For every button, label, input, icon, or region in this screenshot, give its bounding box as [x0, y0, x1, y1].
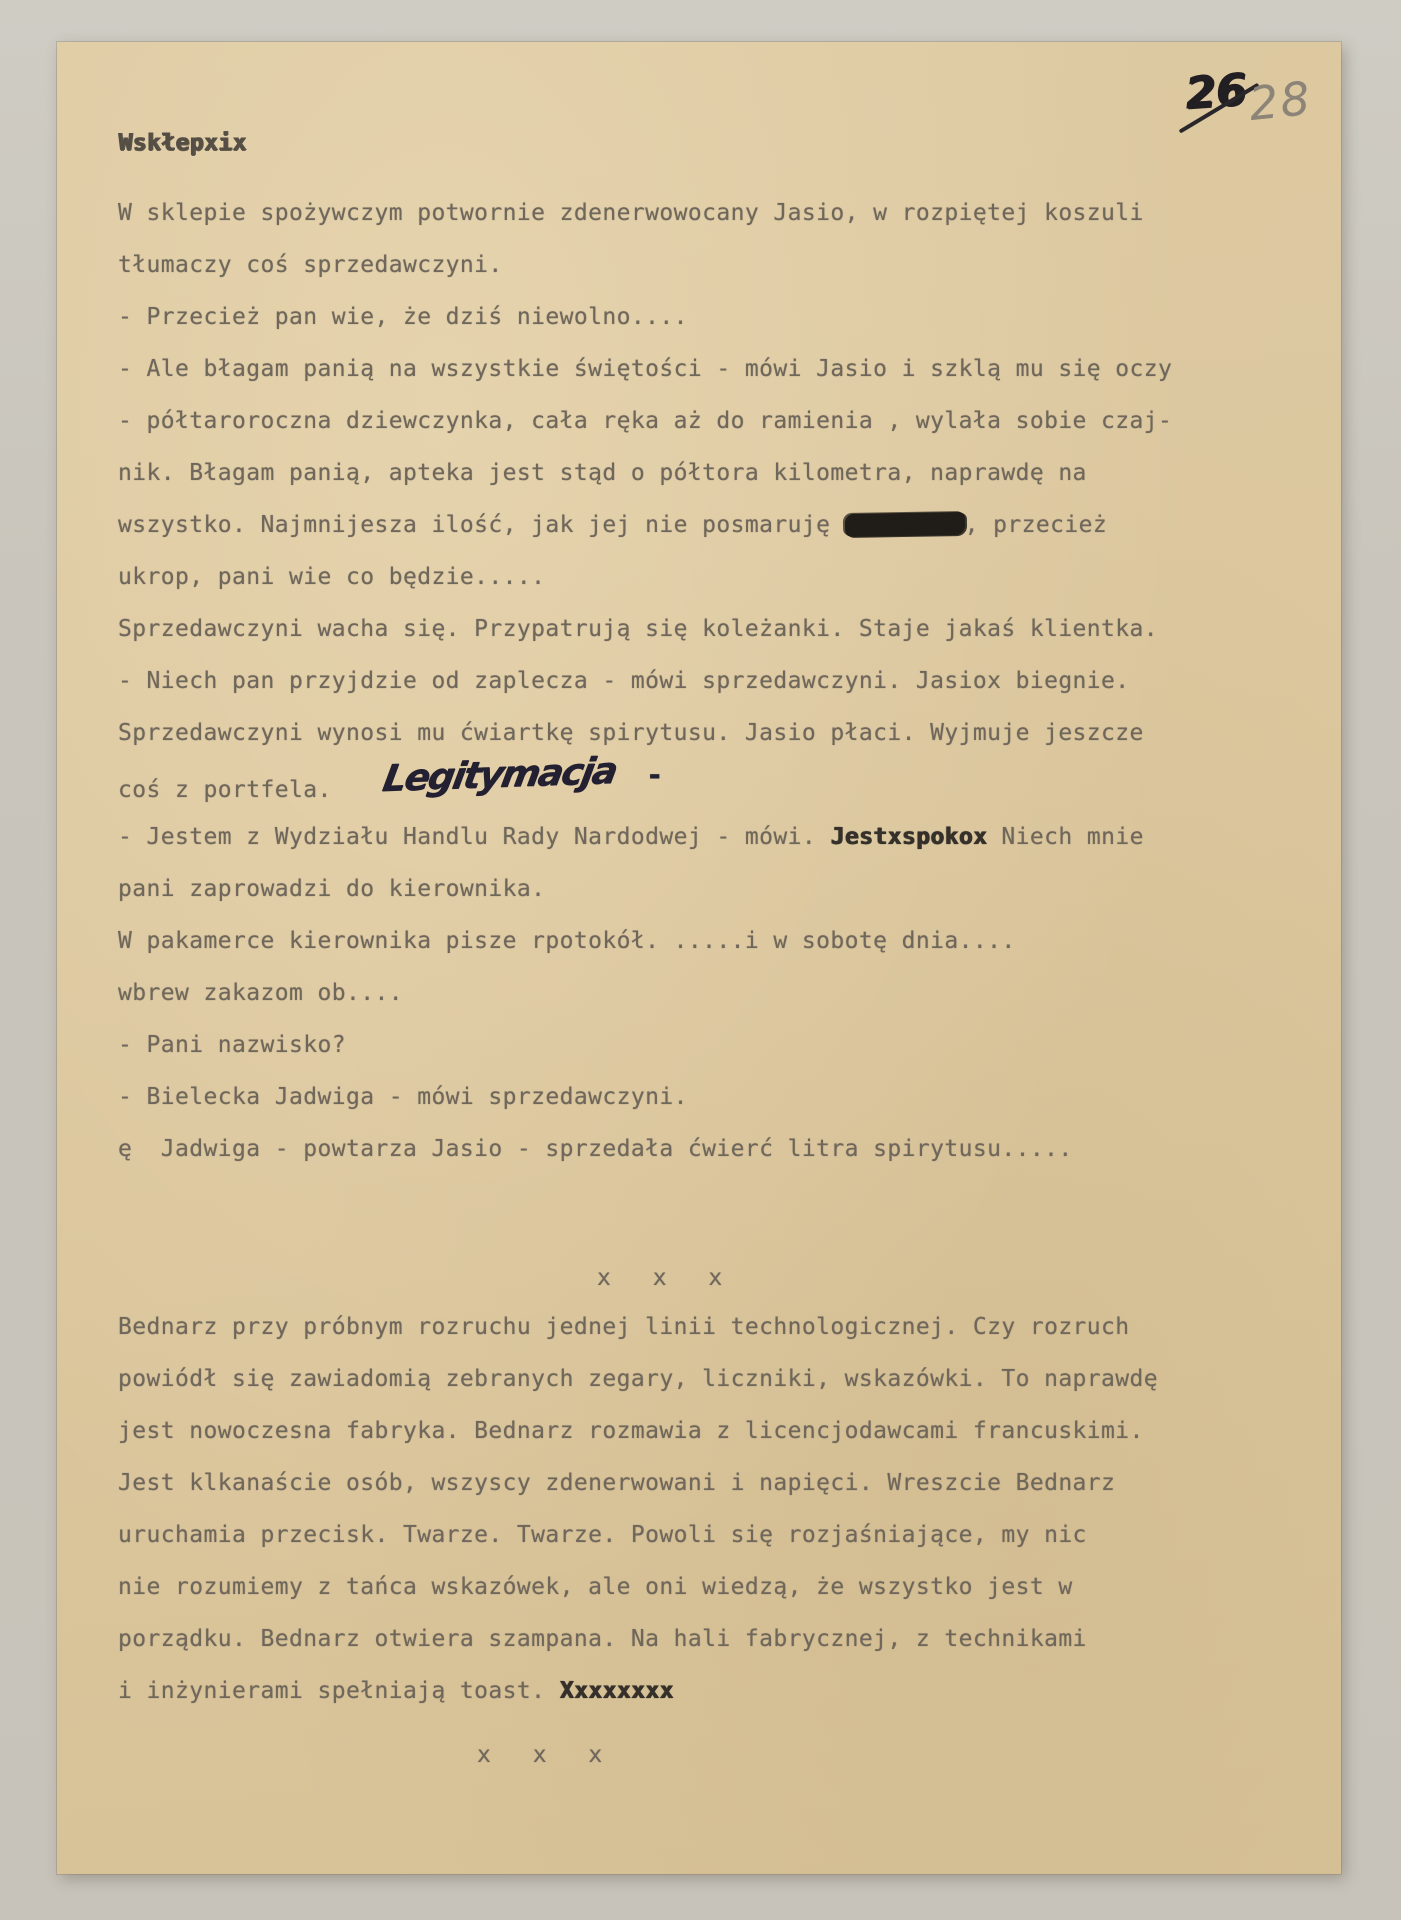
typed-line: nie rozumiemy z tańca wskazówek, ale oni…: [118, 1573, 1073, 1601]
typed-line: W sklepie spożywczym potwornie zdenerwow…: [118, 199, 1144, 227]
typed-line-with-handwriting: coś z portfela.Legitymacja-: [118, 771, 661, 804]
typed-text: coś z portfela.: [118, 777, 332, 803]
typed-line: jest nowoczesna fabryka. Bednarz rozmawi…: [118, 1417, 1144, 1445]
page-number-ink-crossed: 26: [1184, 64, 1258, 124]
typed-line-with-redaction: wszystko. Najmnijesza ilość, jak jej nie…: [118, 511, 1107, 539]
typed-line: W pakamerce kierownika pisze rpotokół. .…: [118, 927, 1016, 955]
handwritten-annotation: Legitymacja: [380, 757, 617, 793]
typed-line: pani zaprowadzi do kierownika.: [118, 875, 545, 903]
typed-line: ukrop, pani wie co będzie.....: [118, 563, 545, 591]
typed-line: - Przecież pan wie, że dziś niewolno....: [118, 303, 688, 331]
typed-line: nik. Błagam panią, apteka jest stąd o pó…: [118, 459, 1087, 487]
scan-background: { "palette":{"background_gray":"#c9c5bc"…: [0, 0, 1401, 1920]
crossed-out-heading: Wskłepxix: [118, 129, 246, 157]
overstruck-word: Xxxxxxxx: [560, 1678, 674, 1704]
typed-text: , przecież: [965, 512, 1107, 538]
handwritten-dash: -: [648, 762, 661, 790]
typed-line: - Ale błagam panią na wszystkie świętośc…: [118, 355, 1172, 383]
typed-line: powiódł się zawiadomią zebranych zegary,…: [118, 1365, 1158, 1393]
overstruck-word: Jestxspokox: [830, 824, 987, 850]
typed-line: Jest klkanaście osób, wszyscy zdenerwowa…: [118, 1469, 1115, 1497]
typed-line: - Pani nazwisko?: [118, 1031, 346, 1059]
section-separator: x x x: [477, 1741, 616, 1769]
typed-line-with-strikeout: i inżynierami spełniają toast. Xxxxxxxx: [118, 1677, 674, 1705]
typescript-page: 26 28 Wskłepxix W sklepie spożywczym pot…: [57, 42, 1341, 1874]
section-separator: x x x: [597, 1264, 736, 1292]
typed-text: wszystko. Najmnijesza ilość, jak jej nie…: [118, 512, 845, 538]
typed-line: ę Jadwiga - powtarza Jasio - sprzedała ć…: [118, 1135, 1073, 1163]
typed-line: - Niech pan przyjdzie od zaplecza - mówi…: [118, 667, 1130, 695]
typed-line: uruchamia przecisk. Twarze. Twarze. Powo…: [118, 1521, 1087, 1549]
typed-line: - Bielecka Jadwiga - mówi sprzedawczyni.: [118, 1083, 688, 1111]
redaction-ink-blot: [844, 512, 964, 537]
typed-line: - półtaroroczna dziewczynka, cała ręka a…: [118, 407, 1172, 435]
typed-line: Sprzedawczyni wacha się. Przypatrują się…: [118, 615, 1158, 643]
typed-text: i inżynierami spełniają toast.: [118, 1678, 560, 1704]
typed-line: Sprzedawczyni wynosi mu ćwiartkę spirytu…: [118, 719, 1144, 747]
typed-line-with-strikeout: - Jestem z Wydziału Handlu Rady Nardodwe…: [118, 823, 1144, 851]
typed-line: porządku. Bednarz otwiera szampana. Na h…: [118, 1625, 1087, 1653]
typed-text: Niech mnie: [987, 824, 1144, 850]
typed-line: wbrew zakazom ob....: [118, 979, 403, 1007]
typed-line: tłumaczy coś sprzedawczyni.: [118, 251, 503, 279]
typed-text: - Jestem z Wydziału Handlu Rady Nardodwe…: [118, 824, 830, 850]
typed-line: Bednarz przy próbnym rozruchu jednej lin…: [118, 1313, 1130, 1341]
page-number-pencil: 28: [1246, 71, 1314, 131]
